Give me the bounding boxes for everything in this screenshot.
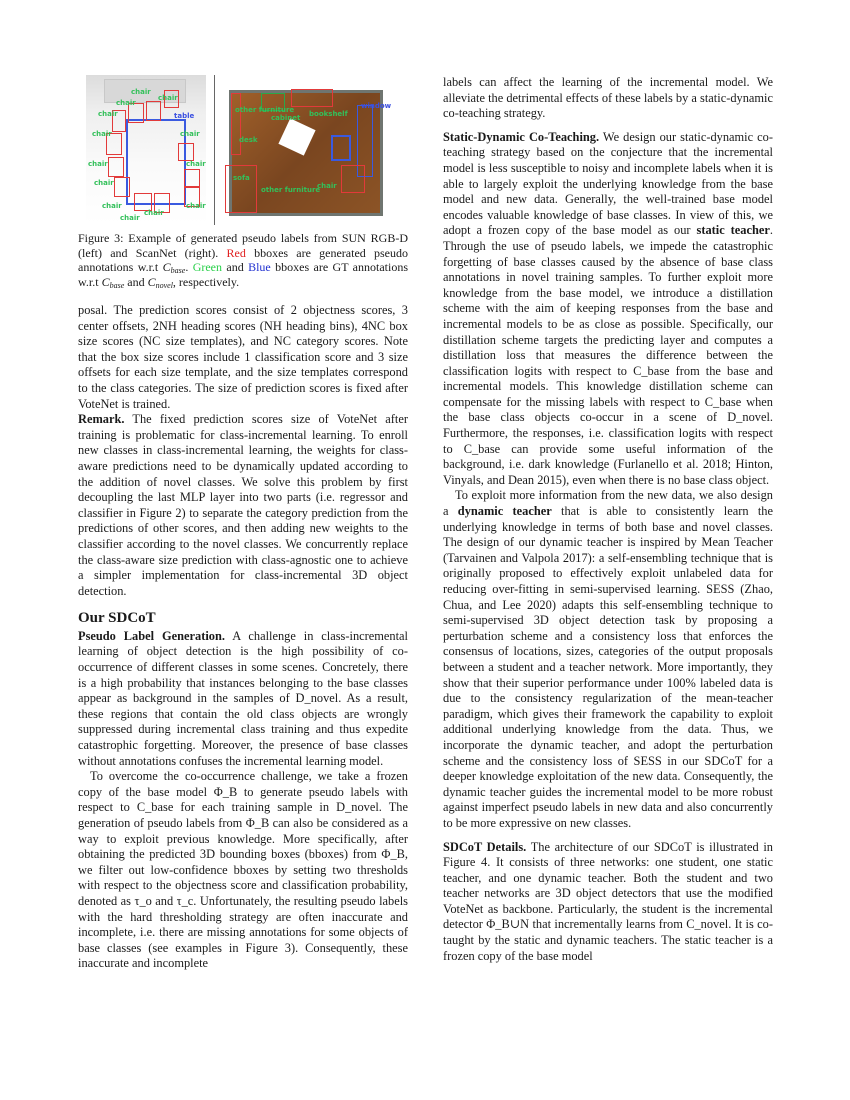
paragraph-dynamic-teacher: To exploit more information from the new…	[443, 488, 773, 831]
dynamic-teacher-term: dynamic teacher	[458, 504, 552, 518]
static-teacher-term: static teacher	[697, 223, 770, 237]
sunrgbd-scene-image: chair chair chair chair table chair chai…	[86, 75, 206, 225]
label-chair: chair	[94, 180, 114, 187]
paragraph-pseudo-label-generation: Pseudo Label Generation. A challenge in …	[78, 629, 408, 769]
label-chair: chair	[116, 100, 136, 107]
label-chair: chair	[102, 203, 122, 210]
left-column: chair chair chair chair table chair chai…	[78, 75, 408, 972]
label-desk: desk	[239, 137, 258, 144]
co-teaching-heading: Static-Dynamic Co-Teaching.	[443, 130, 599, 144]
paragraph-static-dynamic-co-teaching: Static-Dynamic Co-Teaching. We design ou…	[443, 130, 773, 489]
label-chair: chair	[98, 111, 118, 118]
section-title-our-sdcot: Our SDCoT	[78, 611, 408, 627]
label-other-furniture: other furniture	[235, 107, 294, 114]
label-bookshelf: bookshelf	[309, 111, 348, 118]
label-cabinet: cabinet	[271, 115, 300, 122]
label-chair: chair	[120, 215, 140, 222]
figure-divider	[214, 75, 215, 225]
label-chair: chair	[131, 89, 151, 96]
label-chair: chair	[186, 203, 206, 210]
paragraph-co-occurrence: To overcome the co-occurrence challenge,…	[78, 769, 408, 972]
label-chair: chair	[144, 210, 164, 217]
label-chair: chair	[92, 131, 112, 138]
label-chair: chair	[317, 183, 337, 190]
label-chair: chair	[186, 161, 206, 168]
figure-3: chair chair chair chair table chair chai…	[86, 75, 416, 225]
remark-heading: Remark.	[78, 412, 124, 426]
paragraph-sdcot-details: SDCoT Details. The architecture of our S…	[443, 840, 773, 965]
figure-3-caption: Figure 3: Example of generated pseudo la…	[78, 231, 408, 289]
paragraph-prediction-scores: posal. The prediction scores consist of …	[78, 303, 408, 412]
paragraph-remark: Remark. The fixed prediction scores size…	[78, 412, 408, 599]
label-chair: chair	[158, 95, 178, 102]
pseudo-label-heading: Pseudo Label Generation.	[78, 629, 225, 643]
label-table: table	[174, 113, 194, 120]
label-window: window	[361, 103, 391, 110]
label-chair: chair	[180, 131, 200, 138]
label-sofa: sofa	[233, 175, 250, 182]
label-chair: chair	[88, 161, 108, 168]
scannet-scene-image: other furniture cabinet bookshelf window…	[221, 75, 396, 225]
right-column: labels can affect the learning of the in…	[443, 75, 773, 964]
label-other-furniture: other furniture	[261, 187, 320, 194]
paragraph-labels-effect: labels can affect the learning of the in…	[443, 75, 773, 122]
sdcot-details-heading: SDCoT Details.	[443, 840, 526, 854]
